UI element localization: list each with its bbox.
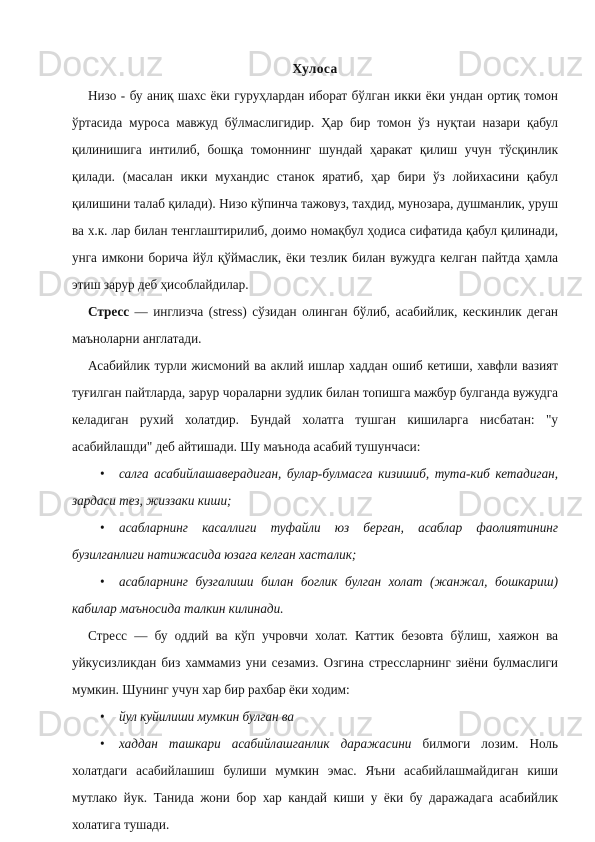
bullet-icon: • [86,730,119,757]
paragraph-conflict-definition: Низо - бу аниқ шахс ёки гуруҳлардан ибор… [72,82,558,298]
bullet-icon: • [86,460,119,487]
bullet-icon: • [86,514,119,541]
paragraph-nervousness: Асабийлик турли жисмоний ва аклий ишлар … [72,352,558,460]
document-title: Хулоса [72,58,558,80]
paragraph-stress-common: Стресс — бу оддий ва кўп учровчи холат. … [72,622,558,703]
list-item: •салга асабийлашаверадиган, булар-булмас… [72,460,558,514]
stress-term: Стресс [88,304,129,319]
document-page: Хулоса Низо - бу аниқ шахс ёки гуруҳлард… [72,58,558,838]
list-item-text: салга асабийлашаверадиган, булар-булмасг… [72,466,558,508]
list-item: •хаддан ташкари асабийлашганлик даражаси… [72,730,558,838]
list-item-text: асабларнинг бузгалиши билан боглик булга… [72,574,558,616]
bullet-icon: • [86,703,119,730]
bullet-icon: • [86,568,119,595]
paragraph-stress-definition: Стресс — инглизча (stress) сўзидан олинг… [72,298,558,352]
list-item-text: асабларнинг касаллиги туфайли юз берган,… [72,520,558,562]
stress-definition-text: — инглизча (stress) сўзидан олинган бўли… [72,304,558,346]
list-item: •асабларнинг бузгалиши билан боглик булг… [72,568,558,622]
list-item: •асабларнинг касаллиги туфайли юз берган… [72,514,558,568]
list-item-text: йул куйилиши мумкин булган ва [119,709,294,724]
list-item-italic-text: хаддан ташкари асабийлашганлик даражасин… [119,736,411,751]
list-item: •йул куйилиши мумкин булган ва [72,703,558,730]
